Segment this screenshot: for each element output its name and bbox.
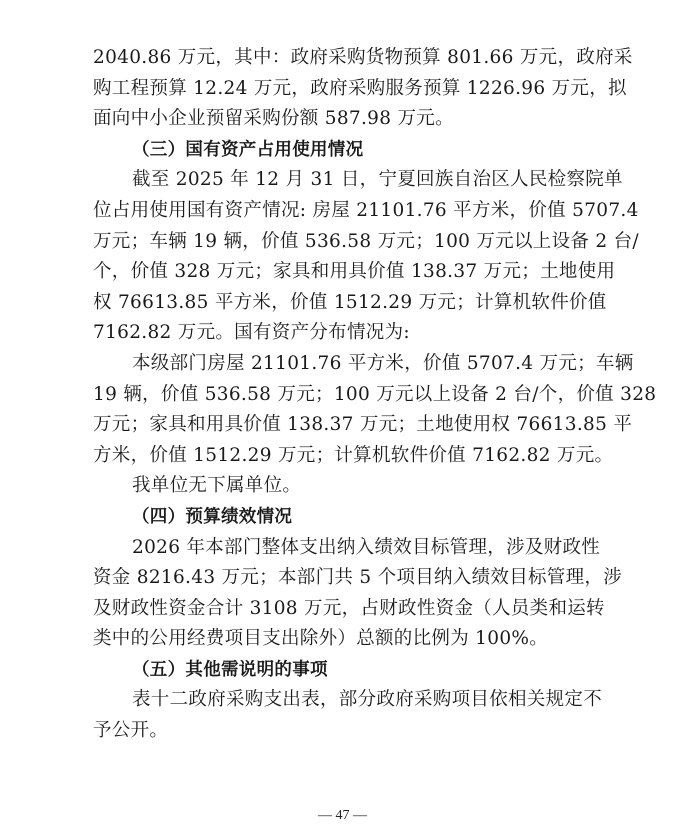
text-line: 本级部门房屋 21101.76 平方米，价值 5707.4 万元；车辆 <box>93 349 589 380</box>
text-line: 位占用使用国有资产情况: 房屋 21101.76 平方米，价值 5707.4 <box>93 196 589 227</box>
text-line: 购工程预算 12.24 万元，政府采购服务预算 1226.96 万元，拟 <box>93 74 589 105</box>
text-line: 万元；车辆 19 辆，价值 536.58 万元；100 万元以上设备 2 台/ <box>93 227 589 258</box>
text-line: 资金 8216.43 万元；本部门共 5 个项目纳入绩效目标管理，涉 <box>93 563 589 594</box>
text-line: 截至 2025 年 12 月 31 日，宁夏回族自治区人民检察院单 <box>93 165 589 196</box>
text-line: 权 76613.85 平方米，价值 1512.29 万元；计算机软件价值 <box>93 288 589 319</box>
text-line: 方米，价值 1512.29 万元；计算机软件价值 7162.82 万元。 <box>93 441 589 472</box>
text-line: 面向中小企业预留采购份额 587.98 万元。 <box>93 104 589 135</box>
document-page: 2040.86 万元，其中：政府采购货物预算 801.66 万元，政府采 购工程… <box>93 43 589 747</box>
text-line: 2040.86 万元，其中：政府采购货物预算 801.66 万元，政府采 <box>93 43 589 74</box>
text-line: 类中的公用经费项目支出除外）总额的比例为 100%。 <box>93 624 589 655</box>
page-number: — 47 — <box>0 808 685 824</box>
text-line: 万元；家具和用具价值 138.37 万元；土地使用权 76613.85 平 <box>93 410 589 441</box>
text-line: 19 辆，价值 536.58 万元；100 万元以上设备 2 台/个，价值 32… <box>93 380 589 411</box>
text-line: 2026 年本部门整体支出纳入绩效目标管理，涉及财政性 <box>93 533 589 564</box>
text-line: 表十二政府采购支出表，部分政府采购项目依相关规定不 <box>93 685 589 716</box>
text-line: 我单位无下属单位。 <box>93 471 589 502</box>
section-heading-other: （五）其他需说明的事项 <box>93 655 589 686</box>
section-heading-performance: （四）预算绩效情况 <box>93 502 589 533</box>
text-line: 予公开。 <box>93 716 589 747</box>
section-heading-assets: （三）国有资产占用使用情况 <box>93 135 589 166</box>
text-line: 7162.82 万元。国有资产分布情况为: <box>93 318 589 349</box>
text-line: 及财政性资金合计 3108 万元，占财政性资金（人员类和运转 <box>93 594 589 625</box>
text-line: 个，价值 328 万元；家具和用具价值 138.37 万元；土地使用 <box>93 257 589 288</box>
